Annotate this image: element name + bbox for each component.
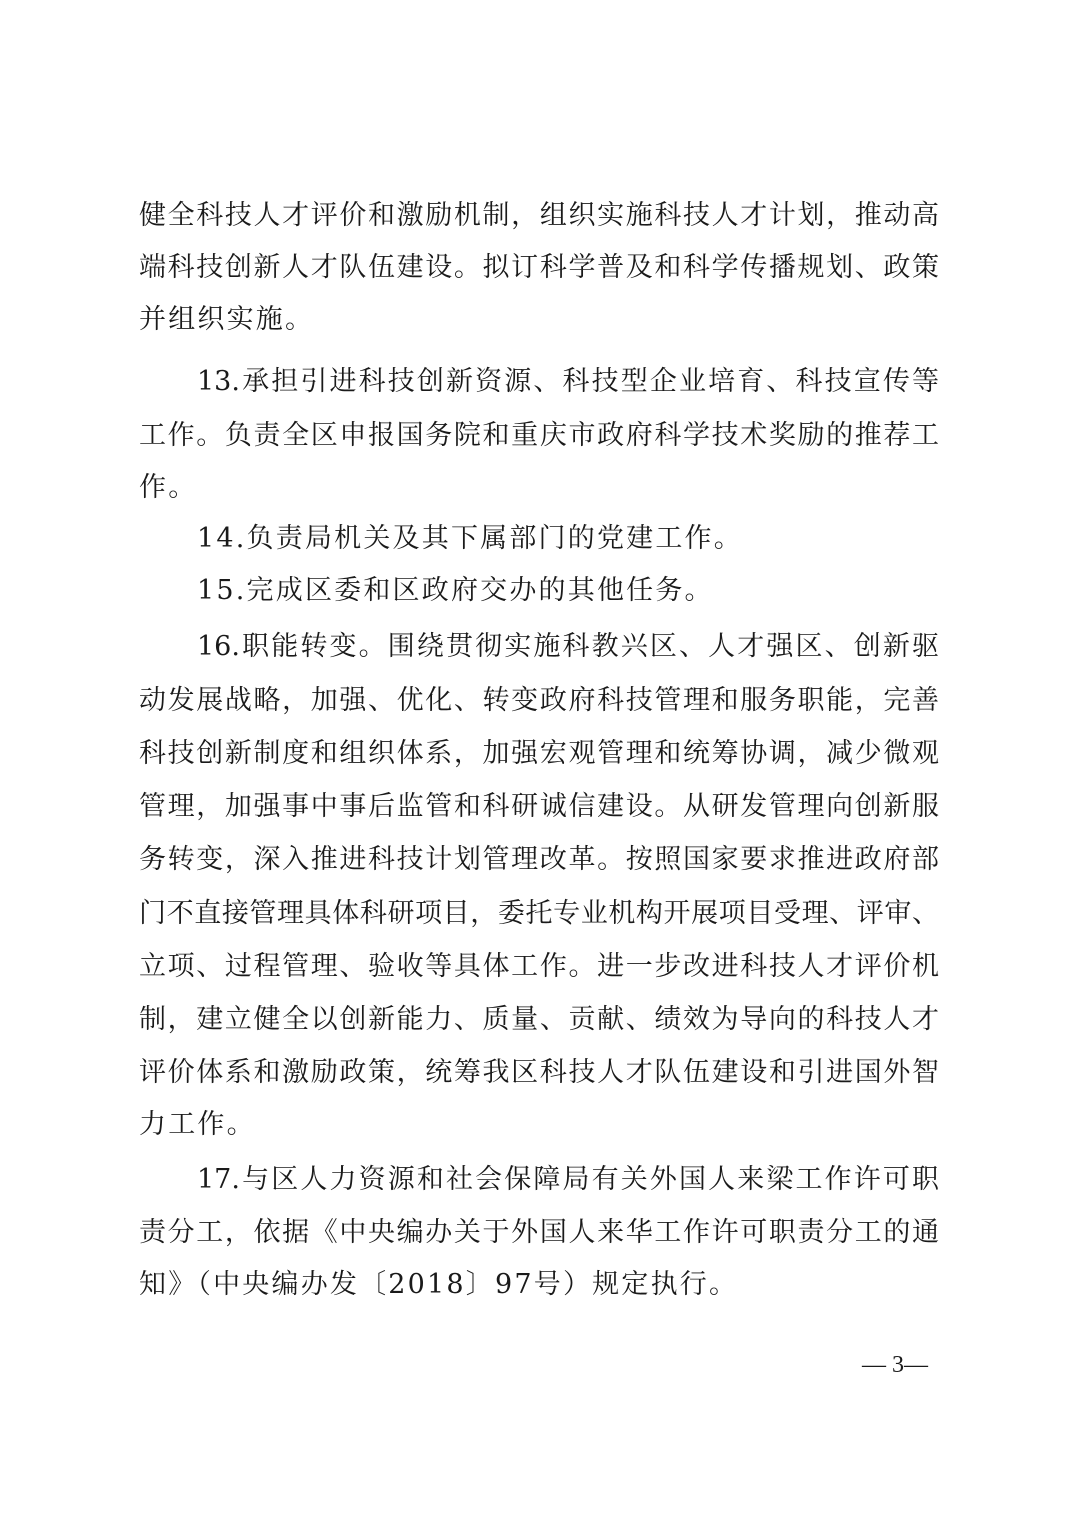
text-line: 16.职能转变。围绕贯彻实施科教兴区、人才强区、创新驱 [197,627,939,667]
text-line: 力工作。 [139,1105,256,1145]
text-line: 立项、过程管理、验收等具体工作。进一步改进科技人才评价机 [139,947,939,987]
text-line: 工作。负责全区申报国务院和重庆市政府科学技术奖励的推荐工 [139,416,939,456]
text-line: 17.与区人力资源和社会保障局有关外国人来梁工作许可职 [197,1160,939,1200]
page-number: — 3— [862,1350,928,1380]
text-line: 13.承担引进科技创新资源、科技型企业培育、科技宣传等 [197,362,939,402]
text-line: 门不直接管理具体科研项目，委托专业机构开展项目受理、评审、 [139,894,939,934]
text-line: 动发展战略，加强、优化、转变政府科技管理和服务职能，完善 [139,681,939,721]
text-line: 并组织实施。 [139,300,314,340]
text-line: 端科技创新人才队伍建设。拟订科学普及和科学传播规划、政策 [139,248,939,288]
text-line: 作。 [139,468,197,508]
text-line: 管理，加强事中事后监管和科研诚信建设。从研发管理向创新服 [139,787,939,827]
text-line: 务转变，深入推进科技计划管理改革。按照国家要求推进政府部 [139,840,939,880]
text-line: 评价体系和激励政策，统筹我区科技人才队伍建设和引进国外智 [139,1053,939,1093]
text-line: 15.完成区委和区政府交办的其他任务。 [197,571,714,611]
text-line: 制，建立健全以创新能力、质量、贡献、绩效为导向的科技人才 [139,1000,939,1040]
text-line: 知》（中央编办发〔2018〕97号）规定执行。 [139,1265,738,1305]
text-line: 14.负责局机关及其下属部门的党建工作。 [197,519,743,559]
text-line: 健全科技人才评价和激励机制，组织实施科技人才计划，推动高 [139,196,939,236]
text-line: 科技创新制度和组织体系，加强宏观管理和统筹协调，减少微观 [139,734,939,774]
text-line: 责分工，依据《中央编办关于外国人来华工作许可职责分工的通 [139,1213,939,1253]
